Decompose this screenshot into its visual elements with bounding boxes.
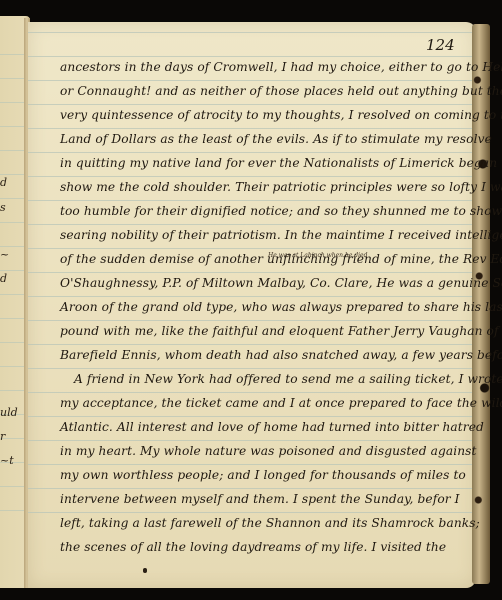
text-line: searing nobility of their patriotism. In… [60,228,502,242]
left-page-fragment: s [0,201,6,214]
ink-blot [143,568,147,573]
text-line: my acceptance, the ticket came and I at … [60,396,502,410]
left-page-fragment: d [0,176,7,189]
text-line: O'Shaughnessy, P.P. of Miltown Malbay, C… [60,276,502,290]
text-line: intervene between myself and them. I spe… [60,492,460,506]
text-line: Aroon of the grand old type, who was alw… [60,300,502,314]
text-line: too humble for their dignified notice; a… [60,204,502,218]
text-line: my own worthless people; and I longed fo… [60,468,466,482]
left-page-fragment: ~ [0,248,9,261]
text-line: pound with me, like the faithful and elo… [60,324,499,338]
left-page-fragment: r [0,430,5,443]
page-number: 124 [426,36,455,54]
text-line: ancestors in the days of Cromwell, I had… [60,60,502,74]
left-page-fragment: ~t [0,454,14,467]
text-line: or Connaught! and as neither of those pl… [60,84,502,98]
text-line: Atlantic. All interest and love of home … [60,420,484,434]
text-line: show me the cold shoulder. Their patriot… [60,180,502,194]
interlinear-annotation: He was at Lahinch when he died [268,252,367,259]
left-page-fragment: uld [0,406,18,419]
text-line: in my heart. My whole nature was poisone… [60,444,477,458]
text-line: Barefield Ennis, whom death had also sna… [60,348,502,362]
text-line: A friend in New York had offered to send… [74,372,502,386]
text-line: very quintessence of atrocity to my thou… [60,108,502,122]
text-line: the scenes of all the loving daydreams o… [60,540,446,554]
left-page-fragment: d [0,272,7,285]
text-line: Land of Dollars as the least of the evil… [60,132,492,146]
text-line: in quitting my native land for ever the … [60,156,502,170]
text-line: left, taking a last farewell of the Shan… [60,516,480,530]
